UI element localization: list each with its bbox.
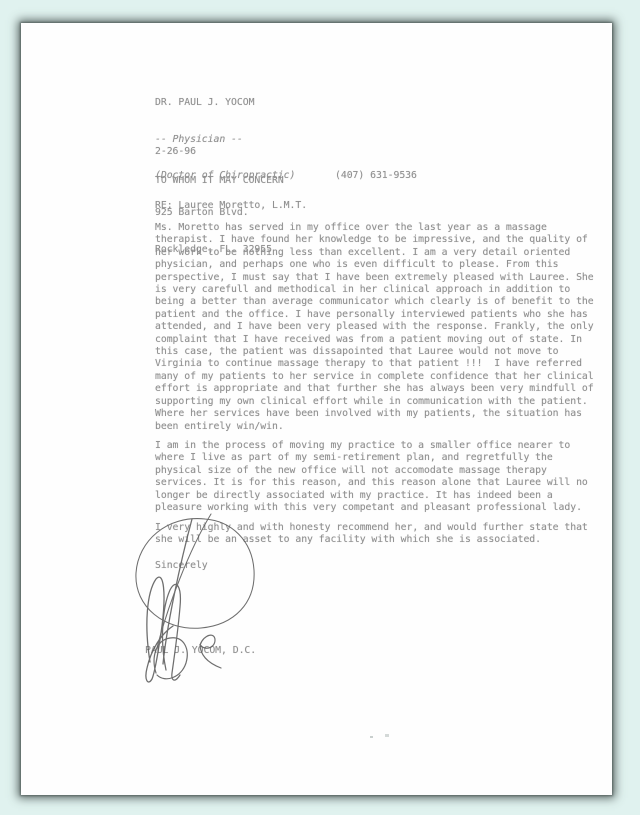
paragraph-2: I am in the process of moving my practic… (155, 440, 588, 514)
salutation: TO WHOM IT MAY CONCERN (155, 175, 284, 187)
scanned-letter-screenshot: { "page": { "background_color": "#e0f2ef… (0, 0, 640, 815)
scan-speck (370, 736, 373, 738)
letterhead-phone: (407) 631-9536 (335, 170, 417, 182)
re-line: RE: Lauree Moretto, L.M.T. (155, 200, 307, 212)
handwritten-signature-icon (125, 512, 285, 690)
letter-date: 2-26-96 (155, 146, 196, 158)
paragraph-1: Ms. Moretto has served in my office over… (155, 222, 594, 433)
letterhead-title: -- Physician -- (155, 134, 295, 146)
letter-page: DR. PAUL J. YOCOM -- Physician -- (Docto… (21, 23, 612, 795)
letterhead-name: DR. PAUL J. YOCOM (155, 97, 295, 109)
scan-speck (385, 734, 389, 737)
